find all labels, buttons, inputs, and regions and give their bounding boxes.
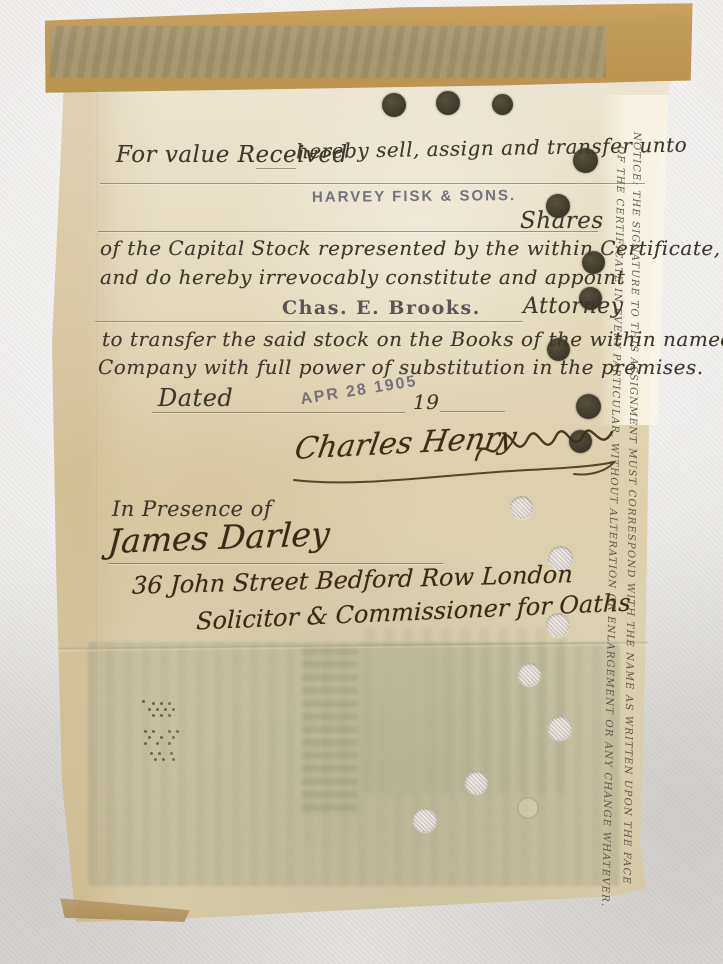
punch-hole [518,663,541,686]
rule-line [98,231,598,232]
punch-hole-faint [517,797,539,819]
perforation-pattern [142,700,145,703]
punch-hole [510,496,533,519]
punch-hole [413,808,437,832]
photo-of-certificate-back: For value Received hereby sell, assign a… [0,0,723,964]
punch-hole [492,94,513,115]
punch-hole [382,93,406,117]
punch-hole [465,771,488,794]
show-through-ghost-block [365,628,570,793]
label-attorney: Attorney [523,294,624,319]
signature-flourish [288,418,620,494]
year-rule [440,411,505,412]
label-appoint: and do hereby irrevocably constitute and… [100,265,625,289]
punch-hole [576,394,601,419]
witness-rule [108,563,443,564]
stamp-chas-e-brooks: Chas. E. Brooks. [282,297,481,319]
show-through-ghost-text [302,648,358,816]
punch-hole [436,91,460,115]
vertical-crease [97,90,99,870]
punch-hole [548,716,572,740]
label-year-19: 19 [413,390,439,414]
rule-line [95,321,523,322]
dated-rule [152,412,405,413]
blank-rule-short [256,168,296,169]
stub-inner-shade [50,26,606,78]
label-dated: Dated [158,384,233,412]
rule-line [100,183,645,184]
stamp-harvey-fisk: HARVEY FISK & SONS. [312,187,516,206]
witness-signature: James Darley [107,514,331,561]
label-capital-stock: of the Capital Stock represented by the … [100,236,721,260]
